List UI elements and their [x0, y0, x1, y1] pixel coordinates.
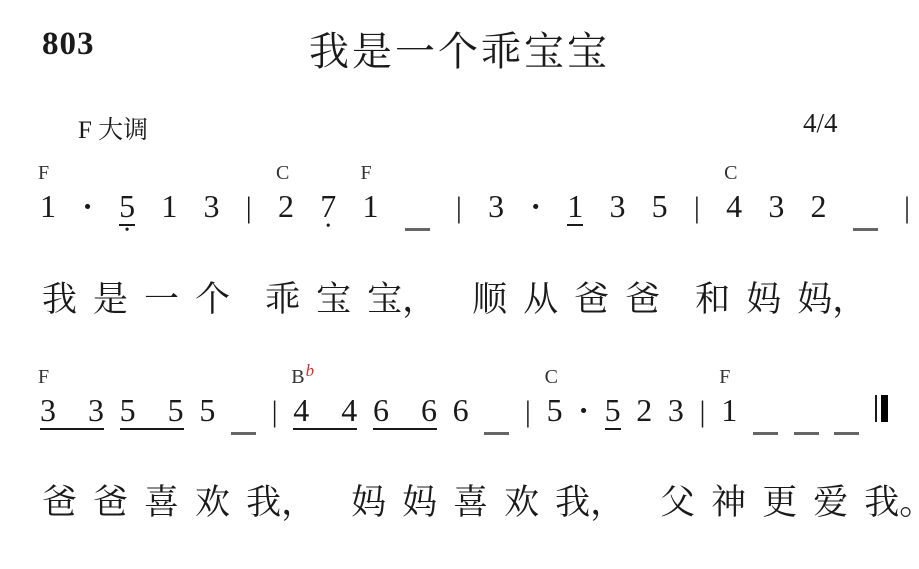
chord-label: C: [724, 163, 737, 183]
lyrics-line-1: 我是一个乖宝宝，顺从爸爸和妈妈，: [42, 282, 867, 317]
lyric-syllable: 我: [42, 282, 77, 317]
lyric-syllable: 我，: [246, 485, 316, 520]
sustain-dash: [231, 408, 256, 440]
chord-label: F: [719, 367, 730, 387]
time-signature: 4/4: [803, 108, 838, 139]
phrase-gap: [453, 282, 456, 317]
lyric-syllable: 爸: [42, 485, 77, 520]
lyric-syllable: 喜: [144, 485, 179, 520]
note-eighth-low: 5•: [119, 190, 135, 226]
phrase-gap: [641, 485, 644, 520]
lyric-syllable: 爸: [93, 485, 128, 520]
song-title: 我是一个乖宝宝: [0, 20, 919, 77]
lyric-syllable: 乖: [265, 282, 300, 317]
note: 2C: [278, 190, 294, 222]
note: 3: [668, 394, 684, 426]
lyric-syllable: 宝: [316, 282, 351, 317]
barline: |: [272, 394, 278, 427]
note: 3: [768, 190, 784, 222]
lyric-syllable: 妈: [746, 282, 781, 317]
note: 3: [204, 190, 220, 222]
final-barline: [875, 395, 888, 427]
score-line-2: 3 3F5 55|4 4Bb6 66|5C·523|1F: [40, 394, 888, 440]
beamed-notes: 5 5: [120, 394, 184, 430]
lyric-syllable: 喜: [453, 485, 488, 520]
lyric-syllable: 父: [660, 485, 695, 520]
lyric-syllable: 妈: [351, 485, 386, 520]
lyrics-line-2: 爸爸喜欢我，妈妈喜欢我，父神更爱我。: [42, 485, 919, 520]
lyric-syllable: 神: [711, 485, 746, 520]
chord-label: F: [38, 367, 49, 387]
low-octave-dot: •: [125, 227, 130, 235]
note: 6: [453, 394, 469, 426]
phrase-gap: [332, 485, 335, 520]
key-signature-label: F 大调: [78, 110, 148, 146]
lyric-syllable: 欢: [195, 485, 230, 520]
sustain-dash: [753, 408, 778, 440]
note: 2: [636, 394, 652, 426]
augmentation-dot: ·: [82, 190, 93, 222]
phrase-gap: [676, 282, 679, 317]
sustain-dash: [794, 408, 819, 440]
note: 5C: [547, 394, 563, 426]
barline: |: [694, 190, 700, 223]
note-low: 7•: [320, 190, 336, 222]
lyric-syllable: 欢: [504, 485, 539, 520]
lyric-syllable: 妈，: [797, 282, 867, 317]
phrase-gap: [246, 282, 249, 317]
note: 1F: [721, 394, 737, 426]
lyric-syllable: 顺: [472, 282, 507, 317]
flat-icon: b: [306, 361, 315, 380]
chord-label: F: [360, 163, 371, 183]
note: 2: [811, 190, 827, 222]
low-octave-dot: •: [326, 223, 331, 231]
lyric-syllable: 爸: [574, 282, 609, 317]
barline: |: [525, 394, 531, 427]
lyric-syllable: 更: [762, 485, 797, 520]
note-eighth: 5: [605, 394, 621, 430]
sustain-dash: [853, 204, 878, 236]
lyric-syllable: 爸: [625, 282, 660, 317]
chord-label: F: [38, 163, 49, 183]
lyric-syllable: 爱: [813, 485, 848, 520]
lyric-syllable: 宝，: [367, 282, 437, 317]
score-line-1: 1F·5•13|2C7•1F|3·135|4C32|: [40, 190, 910, 236]
barline: |: [246, 190, 252, 223]
lyric-syllable: 我，: [555, 485, 625, 520]
augmentation-dot: ·: [530, 190, 541, 222]
chord-label: C: [545, 367, 558, 387]
lyric-syllable: 从: [523, 282, 558, 317]
lyric-syllable: 我。: [864, 485, 919, 520]
lyric-syllable: 一: [144, 282, 179, 317]
barline: |: [700, 394, 706, 427]
note: 1F: [40, 190, 56, 222]
sheet-music-page: 803 我是一个乖宝宝 F 大调 4/4 1F·5•13|2C7•1F|3·13…: [0, 0, 919, 569]
lyric-syllable: 是: [93, 282, 128, 317]
sustain-dash: [405, 204, 430, 236]
chord-label: Bb: [291, 367, 313, 387]
lyric-syllable: 妈: [402, 485, 437, 520]
note: 3: [609, 190, 625, 222]
augmentation-dot: ·: [578, 394, 589, 426]
note: 1F: [362, 190, 378, 222]
beamed-notes: 4 4Bb: [293, 394, 357, 430]
lyric-syllable: 和: [695, 282, 730, 317]
barline: |: [456, 190, 462, 223]
barline: |: [904, 190, 910, 223]
beamed-notes: 6 6: [373, 394, 437, 430]
sustain-dash: [834, 408, 859, 440]
note: 4C: [726, 190, 742, 222]
note-eighth: 1: [567, 190, 583, 226]
lyric-syllable: 个: [195, 282, 230, 317]
note: 3: [488, 190, 504, 222]
note: 5: [199, 394, 215, 426]
sustain-dash: [484, 408, 509, 440]
chord-label: C: [276, 163, 289, 183]
beamed-notes: 3 3F: [40, 394, 104, 430]
note: 1: [161, 190, 177, 222]
note: 5: [652, 190, 668, 222]
